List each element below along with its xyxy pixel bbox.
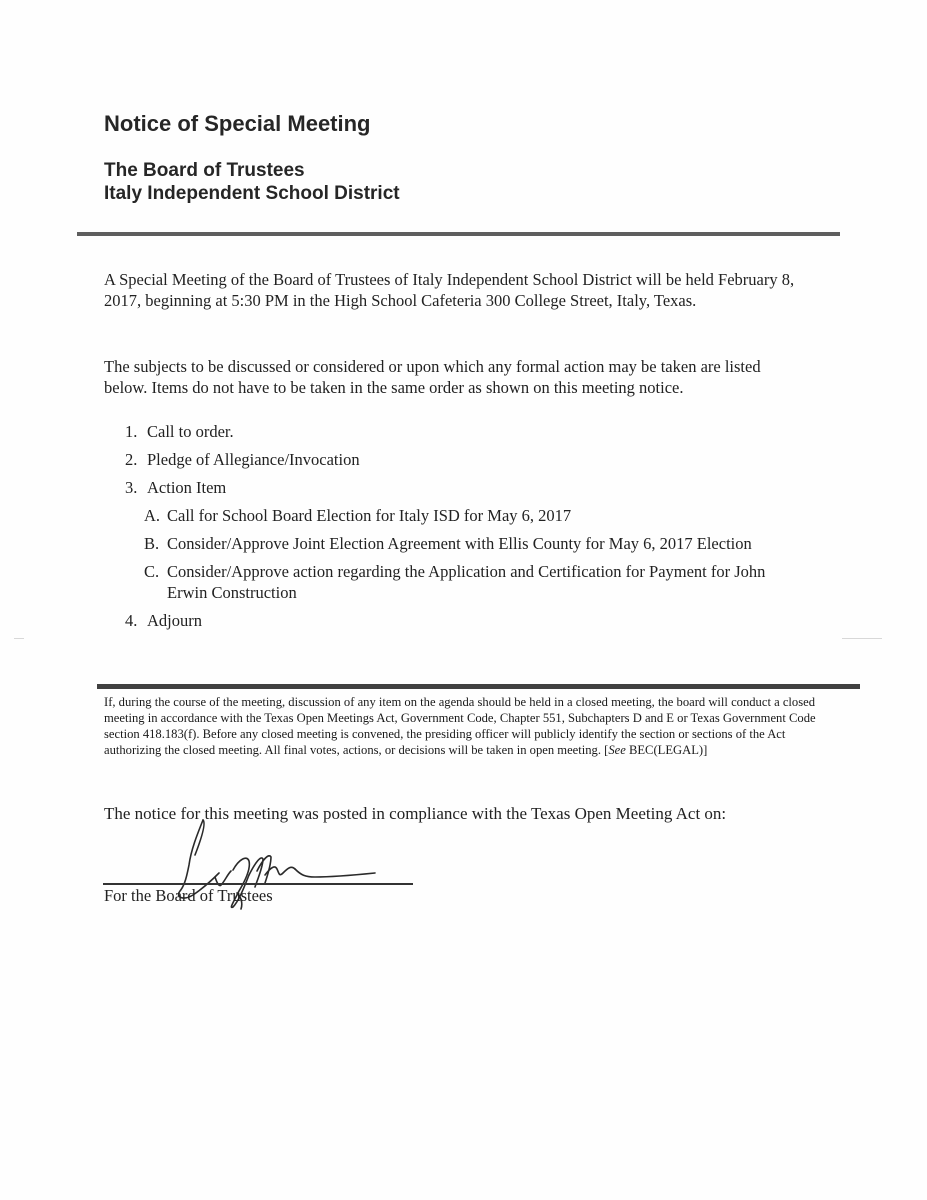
agenda-text: Action Item <box>147 478 226 497</box>
footnote-see: See <box>608 743 625 757</box>
document-page: Notice of Special Meeting The Board of T… <box>0 0 927 1200</box>
board-name: The Board of Trustees <box>104 159 400 182</box>
agenda-item-4: 4. Adjourn <box>125 611 815 632</box>
header-divider <box>77 232 840 236</box>
sub-item-a: A. Call for School Board Election for It… <box>144 506 815 527</box>
agenda-text: Adjourn <box>147 611 815 632</box>
sub-item-letter: B. <box>144 534 167 555</box>
meeting-details-paragraph: A Special Meeting of the Board of Truste… <box>104 270 804 311</box>
agenda-item-1: 1. Call to order. <box>125 422 815 443</box>
signature-label: For the Board of Trustees <box>104 886 273 906</box>
footnote-text: If, during the course of the meeting, di… <box>104 695 816 757</box>
sub-item-text: Consider/Approve action regarding the Ap… <box>167 562 815 603</box>
agenda-number: 1. <box>125 422 147 443</box>
agenda-list: 1. Call to order. 2. Pledge of Allegianc… <box>125 422 815 639</box>
agenda-number: 2. <box>125 450 147 471</box>
subjects-paragraph: The subjects to be discussed or consider… <box>104 357 804 398</box>
agenda-item-2: 2. Pledge of Allegiance/Invocation <box>125 450 815 471</box>
footnote-reference: BEC(LEGAL)] <box>626 743 708 757</box>
action-sub-items: A. Call for School Board Election for It… <box>144 506 815 603</box>
sub-item-text: Call for School Board Election for Italy… <box>167 506 815 527</box>
agenda-item-3: 3. Action Item A. Call for School Board … <box>125 478 815 611</box>
agenda-number: 4. <box>125 611 147 632</box>
district-name: Italy Independent School District <box>104 182 400 205</box>
agenda-text: Call to order. <box>147 422 815 443</box>
sub-item-b: B. Consider/Approve Joint Election Agree… <box>144 534 815 555</box>
sub-item-letter: C. <box>144 562 167 603</box>
closed-meeting-footnote: If, during the course of the meeting, di… <box>104 694 824 758</box>
footnote-divider <box>97 684 860 689</box>
document-title: Notice of Special Meeting <box>104 111 371 137</box>
sub-item-letter: A. <box>144 506 167 527</box>
sub-item-c: C. Consider/Approve action regarding the… <box>144 562 815 603</box>
signature-line <box>103 883 413 885</box>
agenda-text: Pledge of Allegiance/Invocation <box>147 450 815 471</box>
scan-artifact <box>842 638 882 639</box>
scan-artifact <box>14 638 24 639</box>
sub-item-text: Consider/Approve Joint Election Agreemen… <box>167 534 815 555</box>
organization-block: The Board of Trustees Italy Independent … <box>104 159 400 205</box>
